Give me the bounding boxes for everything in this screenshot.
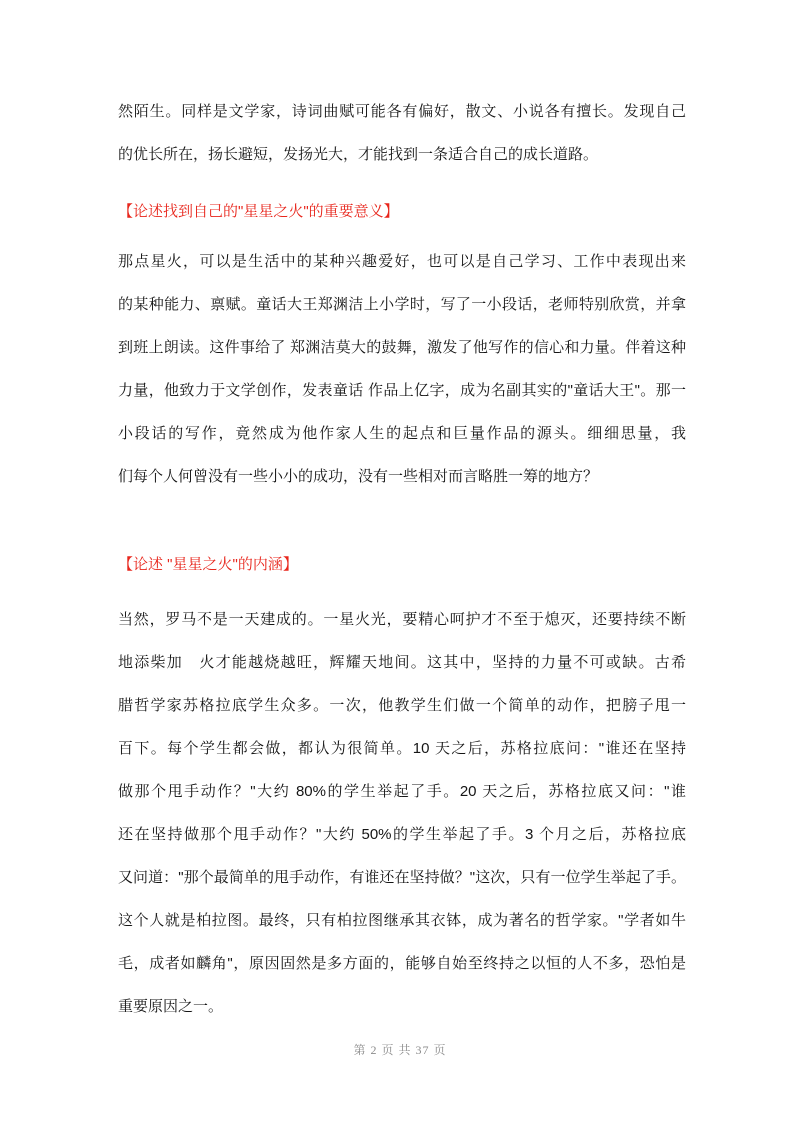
text-line: 地添柴加 火才能越烧越旺，辉耀天地间。这其中，坚持的力量不可或缺。古希 [118,641,686,684]
text-line: 还在坚持做那个甩手动作？"大约 50%的学生举起了手。3 个月之后，苏格拉底 [118,813,686,856]
text-line: 毛，成者如麟角"，原因固然是多方面的，能够自始至终持之以恒的人不多，恐怕是 [118,942,686,985]
document-body: 然陌生。同样是文学家，诗词曲赋可能各有偏好，散文、小说各有擅长。发现自己的优长所… [118,90,686,1028]
text-line: 重要原因之一。 [118,985,686,1028]
section-heading: 【论述 "星星之火"的内涵】 [118,543,686,586]
text-line: 又问道："那个最简单的甩手动作，有谁还在坚持做？"这次，只有一位学生举起了手。 [118,856,686,899]
paragraph: 然陌生。同样是文学家，诗词曲赋可能各有偏好，散文、小说各有擅长。发现自己的优长所… [118,90,686,176]
page-number-footer: 第 2 页 共 37 页 [0,1038,800,1062]
text-line: 们每个人何曾没有一些小小的成功，没有一些相对而言略胜一筹的地方？ [118,455,686,498]
section-heading: 【论述找到自己的"星星之火"的重要意义】 [118,190,686,233]
text-line: 当然，罗马不是一天建成的。一星火光，要精心呵护才不至于熄灭，还要持续不断 [118,598,686,641]
document-page: 然陌生。同样是文学家，诗词曲赋可能各有偏好，散文、小说各有擅长。发现自己的优长所… [0,0,800,1132]
text-line: 做那个甩手动作？"大约 80%的学生举起了手。20 天之后，苏格拉底又问："谁 [118,770,686,813]
text-line: 力量，他致力于文学创作，发表童话 作品上亿字，成为名副其实的"童话大王"。那一 [118,369,686,412]
text-line: 腊哲学家苏格拉底学生众多。一次，他教学生们做一个简单的动作，把膀子甩一 [118,684,686,727]
text-line: 那点星火，可以是生活中的某种兴趣爱好，也可以是自己学习、工作中表现出来 [118,240,686,283]
text-line: 到班上朗读。这件事给了 郑渊洁莫大的鼓舞，激发了他写作的信心和力量。伴着这种 [118,326,686,369]
text-line: 小段话的写作，竟然成为他作家人生的起点和巨量作品的源头。细细思量，我 [118,412,686,455]
text-line: 这个人就是柏拉图。最终，只有柏拉图继承其衣钵，成为著名的哲学家。"学者如牛 [118,899,686,942]
text-line: 然陌生。同样是文学家，诗词曲赋可能各有偏好，散文、小说各有擅长。发现自己 [118,90,686,133]
text-line: 的优长所在，扬长避短，发扬光大，才能找到一条适合自己的成长道路。 [118,133,686,176]
text-line: 百下。每个学生都会做，都认为很简单。10 天之后，苏格拉底问："谁还在坚持 [118,727,686,770]
paragraph: 当然，罗马不是一天建成的。一星火光，要精心呵护才不至于熄灭，还要持续不断地添柴加… [118,598,686,1028]
text-line: 的某种能力、禀赋。童话大王郑渊洁上小学时，写了一小段话，老师特别欣赏，并拿 [118,283,686,326]
paragraph: 那点星火，可以是生活中的某种兴趣爱好，也可以是自己学习、工作中表现出来的某种能力… [118,240,686,498]
